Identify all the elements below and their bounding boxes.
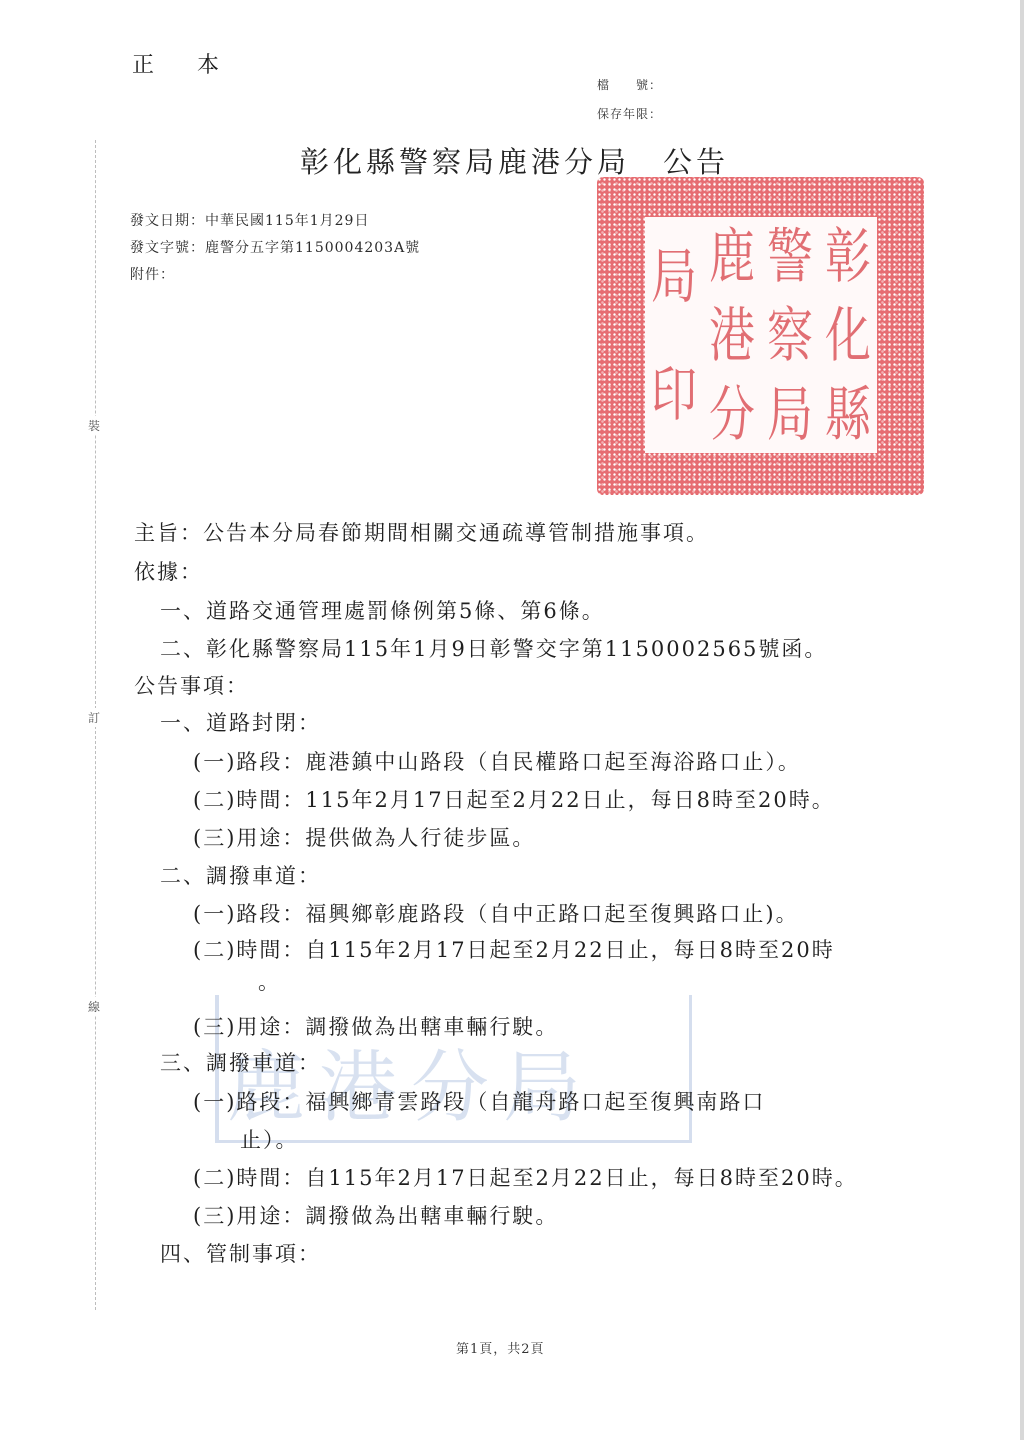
page-number: 第1頁，共2頁 [456,1338,545,1357]
seal-inscription: 彰 化 縣 警 察 局 鹿 港 分 局 印 [645,217,877,453]
notice-heading: 公告事項： [134,670,249,700]
section-item-wrap: 。 [258,966,281,996]
document-page: 正 本 檔 號： 保存年限： 彰化縣警察局鹿港分局 公告 發文日期：中華民國11… [0,0,1024,1440]
official-red-seal: 彰 化 縣 警 察 局 鹿 港 分 局 印 [597,177,924,495]
basis-item: 二、彰化縣警察局115年1月9日彰警交字第1150002565號函。 [160,633,827,663]
seal-char: 印 [651,364,697,424]
page-edge-shadow [1020,0,1024,1440]
binding-label-staple: 訂 [88,708,100,727]
basis-item: 一、道路交通管理處罰條例第5條、第6條。 [160,595,605,625]
seal-column: 彰 化 縣 [819,217,877,453]
section-item: (三)用途：提供做為人行徒步區。 [193,822,535,852]
seal-char: 彰 [825,226,871,286]
retention-period-label: 保存年限： [597,105,662,122]
section-item: (一)路段：福興鄉青雲路段（自龍舟路口起至復興南路口 [193,1086,765,1116]
section-heading: 二、調撥車道： [160,860,321,890]
section-item: (二)時間：自115年2月17日起至2月22日止，每日8時至20時。 [193,1162,858,1192]
seal-column: 局 印 [645,217,703,453]
blue-stamp-text: 鹿港分局 [227,1025,595,1137]
seal-char: 察 [767,305,813,365]
seal-char: 鹿 [709,226,755,286]
section-heading: 三、調撥車道： [160,1047,321,1077]
seal-char: 局 [651,246,697,306]
attachment-label: 附件： [130,264,175,284]
seal-char: 港 [709,305,755,365]
seal-column: 警 察 局 [761,217,819,453]
seal-char: 分 [709,384,755,444]
seal-char: 化 [825,305,871,365]
original-copy-mark: 正 本 [132,48,237,79]
section-item: (一)路段：鹿港鎮中山路段（自民權路口起至海浴路口止）。 [193,746,801,776]
seal-char: 警 [767,226,813,286]
seal-column: 鹿 港 分 [703,217,761,453]
section-item-wrap: 止）。 [240,1124,299,1154]
document-title: 彰化縣警察局鹿港分局 公告 [300,140,729,181]
binding-label-line: 線 [88,997,100,1016]
section-item: (三)用途：調撥做為出轄車輛行駛。 [193,1011,558,1041]
reference-number: 發文字號：鹿警分五字第1150004203A號 [130,237,420,257]
section-item: (二)時間：自115年2月17日起至2月22日止，每日8時至20時 [193,934,835,964]
section-item: (一)路段：福興鄉彰鹿路段（自中正路口起至復興路口止)。 [193,898,799,928]
basis-heading: 依據： [134,556,203,586]
section-heading: 一、道路封閉： [160,707,321,737]
issue-date: 發文日期：中華民國115年1月29日 [130,210,369,230]
section-item: (三)用途：調撥做為出轄車輛行駛。 [193,1200,558,1230]
seal-char: 縣 [825,384,871,444]
subject-line: 主旨：公告本分局春節期間相關交通疏導管制措施事項。 [134,517,709,547]
binding-label-bind: 裝 [88,416,100,435]
section-heading: 四、管制事項： [160,1238,321,1268]
seal-char: 局 [767,384,813,444]
file-number-label: 檔 號： [597,76,662,93]
section-item: (二)時間：115年2月17日起至2月22日止，每日8時至20時。 [193,784,835,814]
